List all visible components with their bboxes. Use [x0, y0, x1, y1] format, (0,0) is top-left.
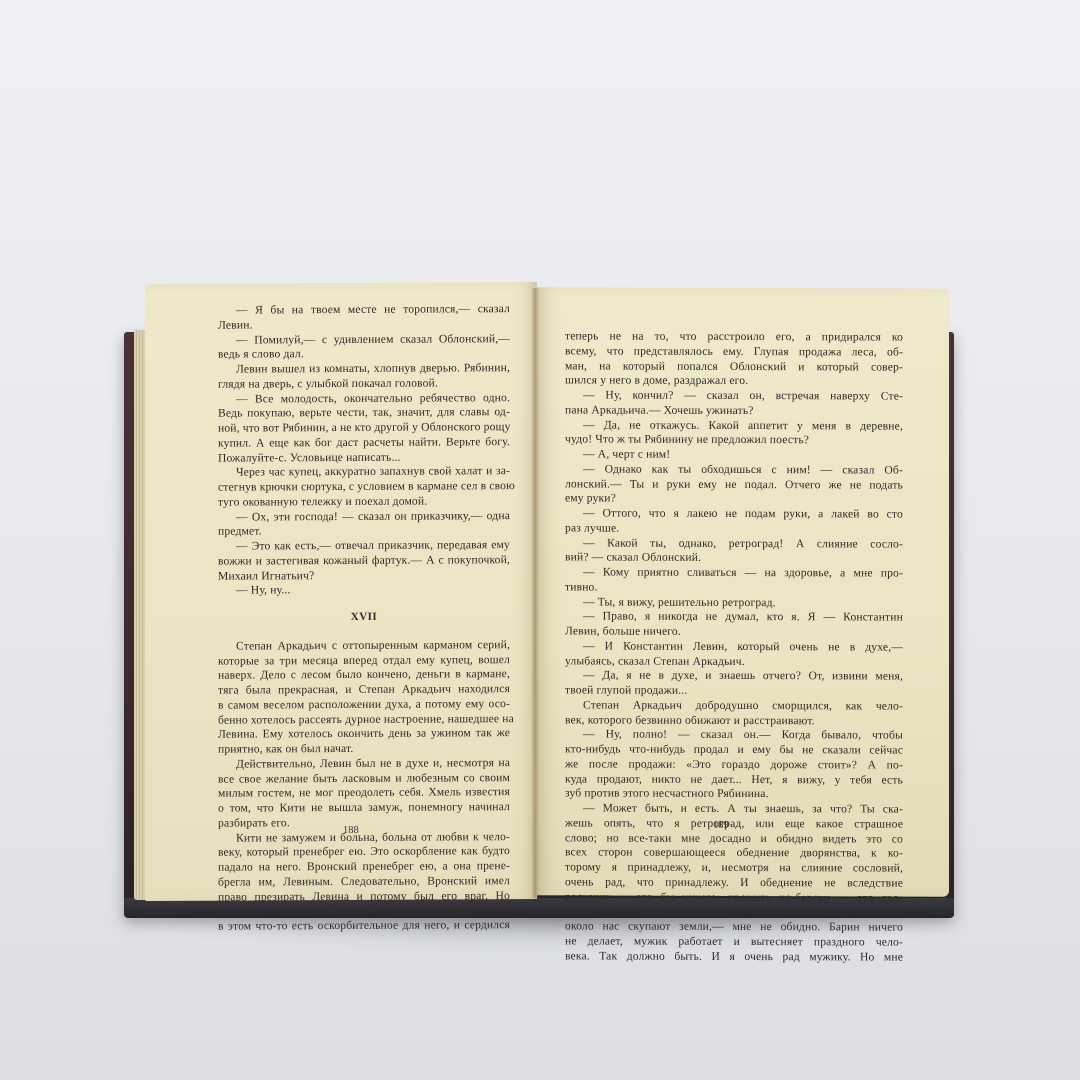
- text-line: купил. А еще как бог даст расчеты найти.…: [218, 435, 510, 451]
- text-line: ной, что вот Рябинин, а не кто другой у …: [218, 420, 510, 436]
- text-line: вий? — сказал Облонский.: [565, 551, 903, 567]
- text-line: рянское дело, это только дворяне умеют. …: [565, 905, 903, 921]
- text-line: век, которого безвинно обижают и расстра…: [565, 713, 903, 729]
- text-line: ман, на который попался Облонский и кото…: [565, 359, 903, 375]
- text-line: же после продажи: «Это гораздо дороже ст…: [565, 757, 903, 773]
- text-line: бенно хотелось рассеять дурное настроени…: [218, 712, 510, 728]
- text-line: всех сторон совершающееся обеднение двор…: [565, 846, 903, 862]
- text-line: чудо! Что ж ты Рябинину не предложил пое…: [565, 433, 903, 449]
- text-line: всему, что представлялось ему. Глупая пр…: [565, 344, 903, 360]
- text-line: Михаил Игнатьич?: [218, 568, 510, 584]
- text-line: приятно, как он был начат.: [218, 741, 510, 757]
- text-line: теперь не на то, что расстроило его, а п…: [565, 329, 903, 345]
- text-line: зуб против этого несчастного Рябинина.: [565, 787, 903, 803]
- book-gutter: [531, 288, 539, 898]
- text-line: не делает, мужик работает и вытесняет пр…: [565, 934, 903, 950]
- text-line: которые за три месяца вперед отдал ему к…: [218, 653, 510, 669]
- text-line: — Оттого, что я лакею не подам руки, а л…: [565, 506, 903, 522]
- text-line: вожжи и застегивая кожаный фартук.— А с …: [218, 553, 510, 569]
- text-line: лонский.— Ты и руки ему не подал. Отчего…: [565, 477, 903, 493]
- text-line: очень рад, что принадлежу. И обеднение н…: [565, 875, 903, 891]
- text-line: века. Так должно быть. И я очень рад муж…: [565, 949, 903, 965]
- chapter-heading: XVII: [218, 609, 510, 625]
- left-page-text: — Я бы на твоем месте не торопился,— ска…: [218, 302, 510, 934]
- text-line: — Какой ты, однако, ретроград! А слияние…: [565, 536, 903, 552]
- text-line: Левин.: [218, 317, 510, 333]
- text-line: — Может быть, и есть. А ты знаешь, за чт…: [565, 801, 903, 817]
- text-line: тивно.: [565, 580, 903, 596]
- text-line: — Кому приятно сливаться — на здоровье, …: [565, 565, 903, 581]
- text-line: торому я принадлежу, и, несмотря на слия…: [565, 860, 903, 876]
- text-line: слово; но все-таки мне досадно и обидно …: [565, 831, 903, 847]
- text-line: ему руки?: [565, 492, 903, 508]
- text-line: — Ты, я вижу, решительно ретроград.: [565, 595, 903, 611]
- text-line: туго окованную тележку и поехал домой.: [218, 494, 510, 510]
- text-line: Действительно, Левин был не в духе и, не…: [218, 756, 510, 772]
- text-line: Ведь покупаю, верьте чести, так, значит,…: [218, 405, 510, 421]
- text-line: кто-нибудь что-нибудь продал и ему бы не…: [565, 742, 903, 758]
- text-line: этого всего не думал Левин. Он смутно чу…: [218, 903, 510, 919]
- page-number-left: 188: [343, 825, 359, 836]
- text-line: глядя на дверь, с улыбкой покачал голово…: [218, 376, 510, 392]
- text-line: — Ну, полно! — сказал он.— Когда бывало,…: [565, 728, 903, 744]
- text-line: Левин, больше ничего.: [565, 624, 903, 640]
- left-page: — Я бы на твоем месте не торопился,— ска…: [145, 282, 537, 901]
- text-line: улыбаясь, сказал Степан Аркадьич.: [565, 654, 903, 670]
- text-line: Левин вышел из комнаты, хлопнув дверью. …: [218, 361, 510, 377]
- page-number-right: 189: [713, 820, 729, 831]
- text-line: роскоши — это бы ничего; прожить по-барс…: [565, 890, 903, 906]
- text-line: — Да, я не в духе, и знаешь отчего? От, …: [565, 669, 903, 685]
- text-line: — А, черт с ним!: [565, 447, 903, 463]
- text-line: в этом что-то есть оскорбительное для не…: [218, 918, 510, 934]
- text-line: Левина. Ему хотелось окончить день за уж…: [218, 726, 510, 742]
- text-line: Через час купец, аккуратно запахнув свой…: [218, 464, 510, 480]
- text-line: в самом веселом расположении духа, а пот…: [218, 697, 510, 713]
- text-line: куда продают, никто не дает... Нет, я ви…: [565, 772, 903, 788]
- right-page-text: теперь не на то, что расстроило его, а п…: [565, 329, 903, 964]
- text-line: все свое желание быть ласковым и любезны…: [218, 771, 510, 787]
- text-line: Пожалуйте-с. Условьице написать...: [218, 450, 510, 466]
- text-line: пана Аркадьича.— Хочешь ужинать?: [565, 403, 903, 419]
- text-line: ведь я слово дал.: [218, 346, 510, 362]
- text-line: около нас скупают земли,— мне не обидно.…: [565, 919, 903, 935]
- text-line: брегла им, Левиным. Следовательно, Вронс…: [218, 874, 510, 890]
- text-line: тяга была прекрасная, и Степан Аркадьич …: [218, 682, 510, 698]
- text-line: шился у него в доме, раздражал его.: [565, 374, 903, 390]
- text-line: наверх. Дело с лесом было кончено, деньг…: [218, 667, 510, 683]
- text-line: — Право, я никогда не думал, кто я. Я — …: [565, 610, 903, 626]
- text-line: — Да, не откажусь. Какой аппетит у меня …: [565, 418, 903, 434]
- text-line: веку, который пренебрег ею. Это оскорбле…: [218, 844, 510, 860]
- text-line: раз лучше.: [565, 521, 903, 537]
- text-line: — Ну, кончил? — сказал он, встречая наве…: [565, 388, 903, 404]
- text-line: твоей глупой продажи...: [565, 683, 903, 699]
- text-line: жешь опять, что я ретроград, или еще как…: [565, 816, 903, 832]
- text-line: — Это как есть,— отвечал приказчик, пере…: [218, 538, 510, 554]
- text-line: — Однако как ты обходишься с ним! — сказ…: [565, 462, 903, 478]
- text-line: — Я бы на твоем месте не торопился,— ска…: [218, 302, 510, 318]
- text-line: предмет.: [218, 523, 510, 539]
- text-line: Степан Аркадьич с оттопыренным карманом …: [218, 638, 510, 654]
- text-line: — Ох, эти господа! — сказал он приказчик…: [218, 509, 510, 525]
- text-line: право презирать Левина и потому был его …: [218, 889, 510, 905]
- text-line: разбирать его.: [218, 815, 510, 831]
- text-line: — Все молодость, окончательно ребячество…: [218, 391, 510, 407]
- text-line: — И Константин Левин, который очень не в…: [565, 639, 903, 655]
- text-line: Кити не замужем и больна, больна от любв…: [218, 830, 510, 846]
- right-page: теперь не на то, что расстроило его, а п…: [537, 287, 949, 896]
- text-line: — Помилуй,— с удивлением сказал Облонски…: [218, 332, 510, 348]
- text-line: падало на него. Вронский пренебрег ею, а…: [218, 859, 510, 875]
- text-line: милым гостем, не мог преодолеть себя. Хм…: [218, 785, 510, 801]
- text-line: Степан Аркадьич добродушно сморщился, ка…: [565, 698, 903, 714]
- photo-scene: — Я бы на твоем месте не торопился,— ска…: [0, 0, 1080, 1080]
- text-line: стегнув крючки сюртука, с условием в кар…: [218, 479, 510, 495]
- text-line: о том, что Кити не вышла замуж, понемног…: [218, 800, 510, 816]
- text-line: — Ну, ну...: [218, 582, 510, 598]
